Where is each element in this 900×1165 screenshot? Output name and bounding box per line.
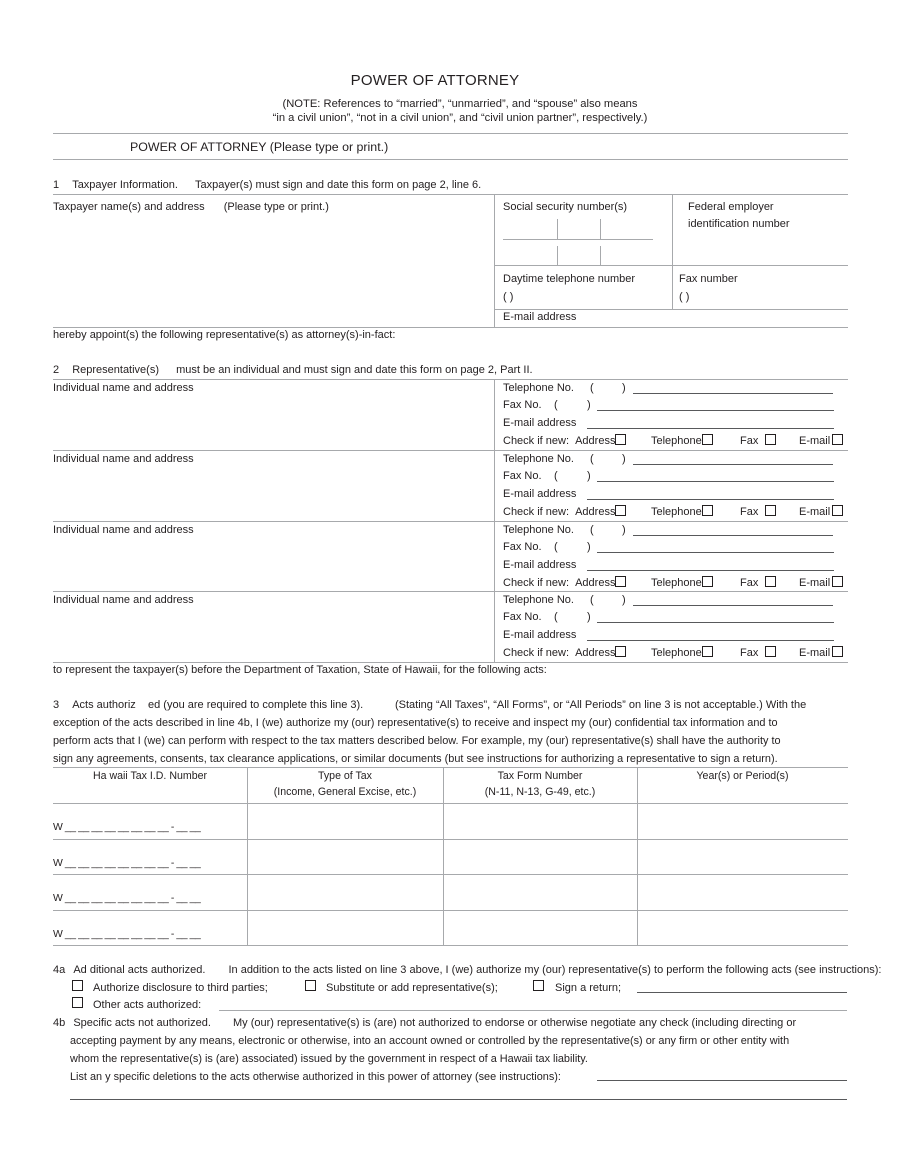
rep-telephone-check: Telephone — [651, 646, 713, 659]
divider — [53, 159, 848, 160]
ssn-separator — [557, 246, 558, 266]
table-header-type-of-tax-hint: (Income, General Excise, etc.) — [247, 784, 443, 800]
fax-checkbox[interactable] — [765, 434, 776, 445]
email-address-field[interactable] — [590, 310, 846, 326]
paren-open: ( — [554, 399, 558, 411]
fein-label-2: identification number — [688, 218, 790, 230]
section-3-text-line: perform acts that I (we) can perform wit… — [53, 732, 781, 750]
rep-check-if-new: Check if new: Address — [503, 434, 626, 447]
tax-form-cell[interactable] — [444, 875, 636, 909]
rep-telephone-line[interactable] — [633, 464, 833, 465]
rep-telephone-check: Telephone — [651, 505, 713, 518]
email-checkbox[interactable] — [832, 576, 843, 587]
appoint-text: hereby appoint(s) the following represen… — [53, 329, 395, 341]
period-cell[interactable] — [638, 804, 847, 838]
paren-open: ( — [590, 382, 594, 394]
note-line-2: “in a civil union”, “not in a civil unio… — [0, 112, 900, 124]
email-checkbox[interactable] — [832, 505, 843, 516]
paren-open: ( — [590, 594, 594, 606]
paren-close: ) — [587, 470, 591, 482]
section-number: 3 — [53, 699, 59, 711]
paren-close: ) — [622, 524, 626, 536]
table-row-border — [53, 945, 848, 946]
rep-telephone-label: Telephone No. — [503, 382, 574, 394]
divider — [53, 133, 848, 134]
type-of-tax-cell[interactable] — [248, 840, 442, 874]
section-title: Ad ditional acts authorized. — [73, 964, 205, 976]
rep-name-address-field[interactable] — [53, 397, 489, 447]
rep-name-address-field[interactable] — [53, 539, 489, 589]
rep-fax-label: Fax No. — [503, 470, 542, 482]
period-cell[interactable] — [638, 875, 847, 909]
section-number: 1 — [53, 179, 59, 191]
other-acts-line[interactable] — [219, 1010, 847, 1011]
paren-open: ( — [590, 524, 594, 536]
rep-name-label: Individual name and address — [53, 382, 194, 394]
other-acts-label: Other acts authorized: — [93, 999, 201, 1011]
table-header-periods: Year(s) or Period(s) — [637, 768, 848, 784]
rep-telephone-label: Telephone No. — [503, 453, 574, 465]
fein-field[interactable] — [676, 234, 846, 264]
section-3-text-line: (Stating “All Taxes”, “All Forms”, or “A… — [395, 699, 806, 711]
disclosure-checkbox[interactable] — [72, 980, 83, 991]
section-3-heading: 3 Acts authoriz ed (you are required to … — [53, 699, 363, 711]
rep-fax-check: Fax — [740, 576, 776, 589]
paren-open: ( — [554, 470, 558, 482]
section-title: Acts authoriz ed (you are required to co… — [72, 699, 363, 711]
tax-id-field[interactable]: W __ __ __ __ __ __ __ __ - __ __ — [53, 822, 200, 833]
divider — [53, 450, 848, 451]
address-checkbox[interactable] — [615, 434, 626, 445]
rep-fax-check: Fax — [740, 646, 776, 659]
period-cell[interactable] — [638, 911, 847, 945]
form-subtitle: POWER OF ATTORNEY (Please type or print.… — [130, 140, 388, 154]
ssn-label: Social security number(s) — [503, 201, 627, 213]
rep-fax-line[interactable] — [597, 481, 834, 482]
substitute-checkbox[interactable] — [305, 980, 316, 991]
rep-check-if-new: Check if new: Address — [503, 505, 626, 518]
divider — [494, 194, 495, 328]
rep-email-check: E-mail — [799, 505, 843, 518]
substitute-label: Substitute or add representative(s); — [326, 982, 498, 994]
deletions-line[interactable] — [597, 1080, 847, 1081]
email-address-label: E-mail address — [503, 311, 576, 323]
disclosure-label: Authorize disclosure to third parties; — [93, 982, 268, 994]
sign-return-line[interactable] — [637, 992, 847, 993]
rep-email-check: E-mail — [799, 434, 843, 447]
rep-telephone-line[interactable] — [633, 393, 833, 394]
rep-fax-label: Fax No. — [503, 541, 542, 553]
tax-form-cell[interactable] — [444, 804, 636, 838]
fax-checkbox[interactable] — [765, 646, 776, 657]
ssn-separator — [600, 219, 601, 239]
divider — [494, 265, 848, 266]
table-header-tax-form: Tax Form Number — [443, 768, 637, 784]
rep-check-if-new: Check if new: Address — [503, 576, 626, 589]
table-header-tax-id: Ha waii Tax I.D. Number — [53, 768, 247, 784]
address-checkbox[interactable] — [615, 505, 626, 516]
rep-email-line[interactable] — [587, 570, 834, 571]
section-4b-text-line: accepting payment by any means, electron… — [70, 1032, 789, 1050]
daytime-phone-field[interactable]: ( ) — [503, 291, 513, 303]
paren-open: ( — [554, 611, 558, 623]
section-4b-text-line: List an y specific deletions to the acts… — [70, 1068, 561, 1086]
tax-form-cell[interactable] — [444, 840, 636, 874]
section-4a-heading: 4a Ad ditional acts authorized. In addit… — [53, 964, 881, 976]
rep-name-address-field[interactable] — [53, 468, 489, 518]
rep-telephone-label: Telephone No. — [503, 594, 574, 606]
sign-return-label: Sign a return; — [555, 982, 621, 994]
ssn-separator — [557, 219, 558, 239]
rep-fax-label: Fax No. — [503, 399, 542, 411]
page-title: POWER OF ATTORNEY — [0, 72, 870, 89]
section-4b-text-line: My (our) representative(s) is (are) not … — [233, 1017, 796, 1029]
ssn-field[interactable] — [502, 218, 654, 264]
represent-text: to represent the taxpayer(s) before the … — [53, 664, 547, 676]
fax-checkbox[interactable] — [765, 576, 776, 587]
tax-id-field[interactable]: W __ __ __ __ __ __ __ __ - __ __ — [53, 893, 200, 904]
rep-email-label: E-mail address — [503, 488, 576, 500]
rep-email-line[interactable] — [587, 640, 834, 641]
telephone-checkbox[interactable] — [702, 505, 713, 516]
rep-check-if-new: Check if new: Address — [503, 646, 626, 659]
rep-telephone-line[interactable] — [633, 605, 833, 606]
rep-fax-check: Fax — [740, 505, 776, 518]
rep-fax-check: Fax — [740, 434, 776, 447]
rep-fax-label: Fax No. — [503, 611, 542, 623]
other-acts-checkbox[interactable] — [72, 997, 83, 1008]
note-line-1: (NOTE: References to “married”, “unmarri… — [0, 98, 900, 110]
section-number: 2 — [53, 364, 59, 376]
rep-name-label: Individual name and address — [53, 453, 194, 465]
section-number: 4a — [53, 964, 65, 976]
table-header-type-of-tax: Type of Tax — [247, 768, 443, 784]
taxpayer-name-address-field[interactable] — [53, 216, 489, 326]
section-title: Representative(s) — [72, 364, 159, 376]
section-2-heading: 2 Representative(s) must be an individua… — [53, 364, 533, 376]
daytime-phone-label: Daytime telephone number — [503, 273, 635, 285]
table-header-tax-form-hint: (N-11, N-13, G-49, etc.) — [443, 784, 637, 800]
rep-name-address-field[interactable] — [53, 609, 489, 659]
section-instruction: Taxpayer(s) must sign and date this form… — [195, 179, 481, 191]
fax-number-label: Fax number — [679, 273, 738, 285]
rep-email-line[interactable] — [587, 499, 834, 500]
rep-email-check: E-mail — [799, 576, 843, 589]
tax-id-field[interactable]: W __ __ __ __ __ __ __ __ - __ __ — [53, 929, 200, 940]
section-title: Specific acts not authorized. — [73, 1017, 211, 1029]
telephone-checkbox[interactable] — [702, 646, 713, 657]
ssn-divider — [503, 239, 653, 240]
paren-open: ( — [590, 453, 594, 465]
period-cell[interactable] — [638, 840, 847, 874]
fax-checkbox[interactable] — [765, 505, 776, 516]
rep-email-check: E-mail — [799, 646, 843, 659]
address-checkbox[interactable] — [615, 576, 626, 587]
paren-close: ) — [622, 382, 626, 394]
section-3-text-line: exception of the acts described in line … — [53, 714, 778, 732]
section-4b-text-line: whom the representative(s) is (are) asso… — [70, 1050, 588, 1068]
email-checkbox[interactable] — [832, 434, 843, 445]
sign-return-checkbox[interactable] — [533, 980, 544, 991]
taxpayer-name-label: Taxpayer name(s) and address (Please typ… — [53, 201, 329, 213]
rep-telephone-label: Telephone No. — [503, 524, 574, 536]
divider — [53, 327, 848, 328]
rep-fax-line[interactable] — [597, 552, 834, 553]
rep-email-label: E-mail address — [503, 559, 576, 571]
type-of-tax-cell[interactable] — [248, 804, 442, 838]
section-4b-heading: 4b Specific acts not authorized. My (our… — [53, 1017, 211, 1029]
paren-open: ( — [554, 541, 558, 553]
paren-close: ) — [622, 453, 626, 465]
rep-telephone-check: Telephone — [651, 576, 713, 589]
rep-email-label: E-mail address — [503, 417, 576, 429]
divider — [53, 521, 848, 522]
deletions-line[interactable] — [70, 1099, 847, 1100]
type-of-tax-cell[interactable] — [248, 875, 442, 909]
rep-name-label: Individual name and address — [53, 594, 194, 606]
address-checkbox[interactable] — [615, 646, 626, 657]
telephone-checkbox[interactable] — [702, 434, 713, 445]
paren-close: ) — [587, 541, 591, 553]
paren-close: ) — [622, 594, 626, 606]
section-3-text-line: sign any agreements, consents, tax clear… — [53, 750, 778, 768]
paren-close: ) — [587, 611, 591, 623]
fein-label-1: Federal employer — [688, 201, 774, 213]
divider — [53, 662, 848, 663]
rep-telephone-check: Telephone — [651, 434, 713, 447]
rep-email-label: E-mail address — [503, 629, 576, 641]
section-1-heading: 1 Taxpayer Information. Taxpayer(s) must… — [53, 179, 481, 191]
fax-number-field[interactable]: ( ) — [679, 291, 689, 303]
divider — [53, 194, 848, 195]
rep-email-line[interactable] — [587, 428, 834, 429]
rep-name-label: Individual name and address — [53, 524, 194, 536]
section-text: In addition to the acts listed on line 3… — [228, 964, 881, 976]
rep-fax-line[interactable] — [597, 410, 834, 411]
divider — [672, 194, 673, 310]
telephone-checkbox[interactable] — [702, 576, 713, 587]
divider — [53, 379, 848, 380]
section-instruction: must be an individual and must sign and … — [176, 364, 533, 376]
paren-close: ) — [587, 399, 591, 411]
ssn-separator — [600, 246, 601, 266]
email-checkbox[interactable] — [832, 646, 843, 657]
section-title: Taxpayer Information. — [72, 179, 178, 191]
divider — [53, 591, 848, 592]
rep-fax-line[interactable] — [597, 622, 834, 623]
section-number: 4b — [53, 1017, 65, 1029]
type-of-tax-cell[interactable] — [248, 911, 442, 945]
tax-id-field[interactable]: W __ __ __ __ __ __ __ __ - __ __ — [53, 858, 200, 869]
rep-telephone-line[interactable] — [633, 535, 833, 536]
tax-form-cell[interactable] — [444, 911, 636, 945]
